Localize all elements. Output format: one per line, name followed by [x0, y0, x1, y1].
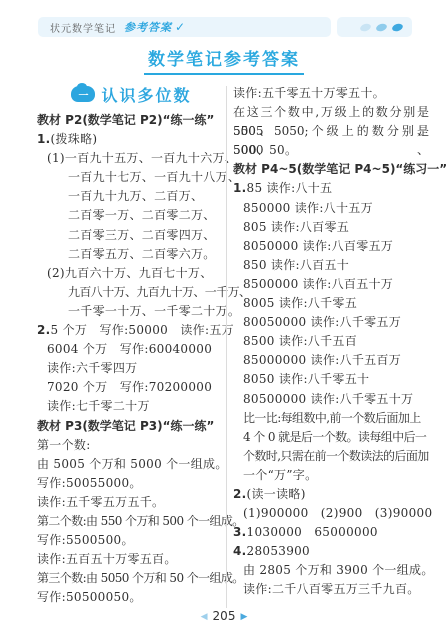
text-line: 二百零一万、二百零二万、	[37, 206, 226, 225]
cloud-dot-icon	[359, 22, 372, 32]
text-line: 一千零一十万、一千零二十万。	[37, 302, 226, 321]
text-line: 8005 读作:八千零五	[233, 294, 429, 313]
text-line: 805 读作:八百零五	[233, 218, 429, 237]
text-line: 6004 个万 写作:60040000	[37, 340, 226, 359]
text-line: 一百九十九万、二百万、	[37, 187, 226, 206]
section-header: 一 认识多位数	[37, 84, 226, 104]
text-line: 写作:50055000。	[37, 474, 226, 493]
left-column: 一 认识多位数 教材 P2(数学笔记 P2)“练一练”1.(拨珠略)(1)一百九…	[37, 84, 226, 607]
text-line: 8500 读作:八千五百	[233, 332, 429, 351]
text-line: 读作:六千零四万	[37, 359, 226, 378]
right-column-text: 读作:五千零五十万零五十。在这三个数中,万级上的数分别是 5005、550、50…	[233, 84, 429, 600]
list-number: 2.	[233, 487, 247, 501]
text-line: 写作:5500500。	[37, 531, 226, 550]
text-line: 二百零五万、二百零六万。	[37, 245, 226, 264]
text-line: 由 5005 个万和 5000 个一组成。	[37, 455, 226, 474]
header-ref-label: 参考答案	[124, 19, 172, 35]
text-line: 850 读作:八百五十	[233, 256, 429, 275]
text-line: 教材 P2(数学笔记 P2)“练一练”	[37, 111, 226, 130]
text-line: 教材 P3(数学笔记 P3)“练一练”	[37, 417, 226, 436]
list-number: 3.	[233, 525, 247, 539]
text-line: 8050 读作:八千零五十	[233, 370, 429, 389]
text-line: 读作:五千零五十万零五十。	[233, 84, 429, 103]
text-line: 2.(读一读略)	[233, 485, 429, 504]
text-line: 4 个 0 就是后一个数。读每组中后一	[233, 428, 429, 447]
text-line: 个数时,只需在前一个数读法的后面加	[233, 447, 429, 466]
text-line: 九百八十万、九百九十万、一千万、	[37, 283, 226, 302]
text-line: 80500000 读作:八千零五十万	[233, 390, 429, 409]
page-number: 205	[213, 609, 236, 623]
text-line: 1.(拨珠略)	[37, 130, 226, 149]
text-line: 读作:二千八百零五万三千九百。	[233, 580, 429, 599]
text-line: 8500000 读作:八百五十万	[233, 275, 429, 294]
text-line: (1)900000 (2)900 (3)90000	[233, 504, 429, 523]
text-line: 1.85 读作:八十五	[233, 179, 429, 198]
text-line: 一个“万”字。	[233, 466, 429, 485]
text-line: 4.28053900	[233, 542, 429, 561]
text-line: 第二个数:由 550 个万和 500 个一组成。	[37, 512, 226, 531]
text-line: (2)九百六十万、九百七十万、	[37, 264, 226, 283]
list-number: 1.	[37, 132, 51, 146]
text-line: 2.5 个万 写作:50000 读作:五万	[37, 321, 226, 340]
text-line: 在这三个数中,万级上的数分别是 5005、	[233, 103, 429, 122]
column-divider	[226, 86, 227, 608]
text-line: (1)一百九十五万、一百九十六万、	[37, 149, 226, 168]
list-number: 4.	[233, 544, 247, 558]
header-right-pill	[337, 17, 412, 37]
text-line: 7020 个万 写作:70200000	[37, 378, 226, 397]
text-line: 一百九十七万、一百九十八万、	[37, 168, 226, 187]
text-line: 850000 读作:八十五万	[233, 199, 429, 218]
text-line: 第三个数:由 5050 个万和 50 个一组成。	[37, 569, 226, 588]
page-title: 数学笔记参考答案	[144, 45, 304, 75]
cloud-dot-icon	[391, 22, 404, 32]
text-line: 80050000 读作:八千零五万	[233, 313, 429, 332]
text-line: 550、5050;个级上的数分别是 5000、	[233, 122, 429, 141]
right-column: 读作:五千零五十万零五十。在这三个数中,万级上的数分别是 5005、550、50…	[233, 84, 429, 600]
text-line: 二百零三万、二百零四万、	[37, 226, 226, 245]
title-row: 数学笔记参考答案	[0, 45, 448, 75]
text-line: 8050000 读作:八百零五万	[233, 237, 429, 256]
text-line: 读作:七千零二十万	[37, 397, 226, 416]
text-line: 第一个数:	[37, 436, 226, 455]
list-number: 2.	[37, 323, 51, 337]
prev-page-icon: ◀	[201, 612, 208, 622]
text-line: 由 2805 个万和 3900 个一组成。	[233, 561, 429, 580]
text-line: 读作:五百五十万零五百。	[37, 550, 226, 569]
text-line: 3.1030000 65000000	[233, 523, 429, 542]
header-left-pill: 状元数学笔记 参考答案 ✓	[38, 17, 331, 37]
checkmark-icon: ✓	[175, 20, 185, 34]
section-title: 认识多位数	[101, 83, 191, 106]
text-line: 85000000 读作:八千五百万	[233, 351, 429, 370]
cloud-dot-icon	[375, 22, 388, 32]
list-number: 1.	[233, 181, 247, 195]
next-page-icon: ▶	[240, 612, 247, 622]
page-footer: ◀205▶	[0, 609, 448, 623]
text-line: 读作:五千零五万五千。	[37, 493, 226, 512]
left-column-text: 教材 P2(数学笔记 P2)“练一练”1.(拨珠略)(1)一百九十五万、一百九十…	[37, 111, 226, 607]
text-line: 比一比:每组数中,前一个数后面加上	[233, 409, 429, 428]
chapter-one-badge-icon: 一	[71, 86, 95, 102]
brand-label: 状元数学笔记	[50, 20, 116, 35]
text-line: 教材 P4~5(数学笔记 P4~5)“练习一”	[233, 160, 429, 179]
text-line: 写作:50500050。	[37, 588, 226, 607]
